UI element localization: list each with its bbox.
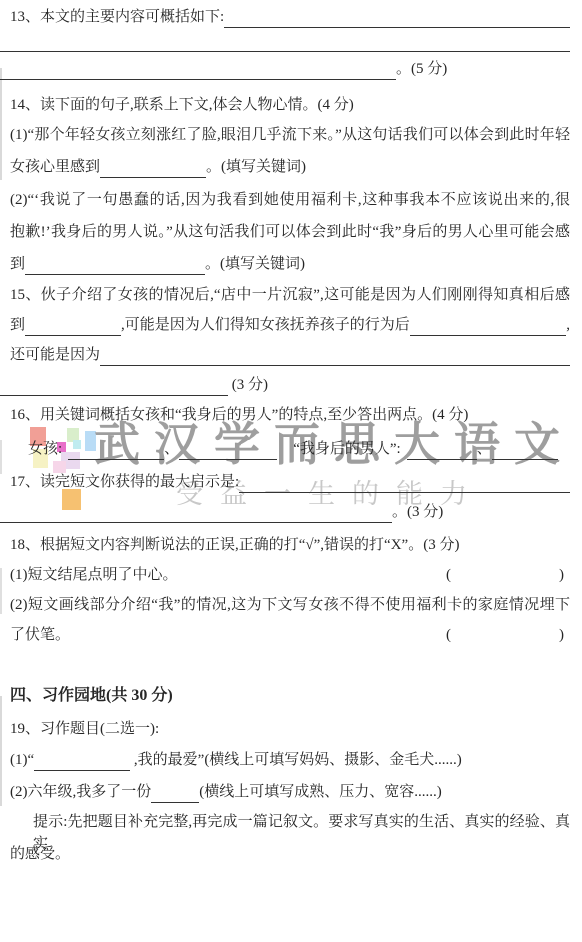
q18-2-line2-spacer	[564, 625, 570, 646]
q15-line3-answer-blank	[100, 344, 570, 366]
q16-answer-row-spacer	[277, 439, 293, 460]
q19-option2-text-0: (2)六年级,我多了一份	[10, 782, 151, 803]
q16-answer-row-text-0: 女孩:	[28, 439, 62, 460]
q15-line2-text-2: ,可能是因为人们得知女孩抚养孩子的行为后	[121, 315, 410, 336]
q15-line2: 到,可能是因为人们得知女孩抚养孩子的行为后,	[10, 314, 570, 336]
q18-1-spacer	[564, 565, 570, 586]
q15-line2-answer-blank	[410, 314, 566, 336]
section-4-header: 四、习作园地(共 30 分)	[10, 684, 570, 706]
q15-line4: (3 分)	[0, 374, 570, 396]
q15-line3: 还可能是因为	[10, 344, 570, 366]
q14-1-line2-answer-blank	[100, 156, 206, 178]
q14-1-line1-text: (1)“那个年轻女孩立刻涨红了脸,眼泪几乎流下来。”从这句话我们可以体会到此时年…	[10, 127, 570, 143]
q17-stem: 17、读完短文你获得的最大启示是:	[10, 471, 570, 493]
q15-line1-text: 15、伙子介绍了女孩的情况后,“店中一片沉寂”,这可能是因为人们刚刚得知真相后感	[10, 287, 570, 303]
q19-hint-line2-text-0: 的感受。	[10, 844, 70, 865]
q19-option1-text-0: (1)“	[10, 750, 34, 771]
q14-stem-text-0: 14、读下面的句子,联系上下文,体会人物心情。(4 分)	[10, 95, 354, 116]
q19-hint-line2: 的感受。	[10, 843, 570, 865]
q13-blank-line3-text-1: 。(5 分)	[396, 59, 447, 80]
q13-blank-line3-answer-blank	[0, 58, 396, 80]
q14-2-line1-text: (2)“‘我说了一句愚蠢的话,因为我看到她使用福利卡,这种事我本不应该说出来的,…	[10, 192, 570, 208]
q16-answer-row-text-9: 、	[477, 439, 492, 460]
q19-stem: 19、习作题目(二选一):	[10, 718, 570, 740]
q14-1-line2-text-0: 女孩心里感到	[10, 157, 100, 178]
q16-answer-row-answer-blank	[407, 438, 477, 460]
q14-2-line1: (2)“‘我说了一句愚蠢的话,因为我看到她使用福利卡,这种事我本不应该说出来的,…	[10, 189, 570, 211]
q18-1-spacer	[178, 565, 447, 586]
q16-answer-row-answer-blank	[68, 438, 164, 460]
q18-stem: 18、根据短文内容判断说法的正误,正确的打“√”,错误的打“X”。(3 分)	[10, 534, 570, 556]
q19-option2-text-2: (横线上可填写成熟、压力、宽容......)	[199, 782, 442, 803]
q17-stem-answer-blank	[239, 471, 570, 493]
q19-stem-text-0: 19、习作题目(二选一):	[10, 719, 159, 740]
q14-2-line3-text-2: 。(填写关键词)	[205, 254, 305, 275]
q18-2-line2-text-0: 了伏笔。	[10, 625, 70, 646]
q17-blank-line2-text-1: 。(3 分)	[392, 502, 443, 523]
q18-stem-text-0: 18、根据短文内容判断说法的正误,正确的打“√”,错误的打“X”。(3 分)	[10, 535, 459, 556]
q13-blank-line2	[0, 30, 570, 52]
q14-2-line3: 到。(填写关键词)	[10, 253, 570, 275]
q13-stem-text-0: 13、本文的主要内容可概括如下:	[10, 7, 224, 28]
q19-option1-answer-blank	[34, 749, 130, 771]
q16-answer-row: 女孩:、“我身后的男人”:、	[28, 438, 570, 460]
q13-stem: 13、本文的主要内容可概括如下:	[10, 6, 570, 28]
q19-option1-text-2: ,我的最爱”(横线上可填写妈妈、摄影、金毛犬......)	[130, 750, 462, 771]
q16-stem-text-0: 16、用关键词概括女孩和“我身后的男人”的特点,至少答出两点。(4 分)	[10, 405, 468, 426]
q18-2-line2-spacer	[451, 625, 559, 646]
q13-stem-answer-blank	[224, 6, 570, 28]
q14-1-line2-text-2: 。(填写关键词)	[206, 157, 306, 178]
q19-option2-answer-blank	[151, 781, 199, 803]
q14-2-line3-answer-blank	[25, 253, 205, 275]
exam-scan-page: 武汉学而思大语文 受益一生的能力 13、本文的主要内容可概括如下:。(5 分)1…	[0, 0, 582, 942]
q19-option2: (2)六年级,我多了一份(横线上可填写成熟、压力、宽容......)	[10, 781, 570, 803]
q17-stem-text-0: 17、读完短文你获得的最大启示是:	[10, 472, 239, 493]
q18-2-line1-text: (2)短文画线部分介绍“我”的情况,这为下文写女孩不得不使用福利卡的家庭情况埋下	[10, 597, 570, 613]
q18-1-spacer	[451, 565, 559, 586]
q13-blank-line3: 。(5 分)	[0, 58, 570, 80]
q17-blank-line2-answer-blank	[0, 501, 392, 523]
q18-2-line2-spacer	[70, 625, 446, 646]
section-4-header-text-0: 四、习作园地(共 30 分)	[10, 685, 173, 706]
q14-stem: 14、读下面的句子,联系上下文,体会人物心情。(4 分)	[10, 94, 570, 116]
q14-1-line2: 女孩心里感到。(填写关键词)	[10, 156, 570, 178]
q15-line2-text-4: ,	[566, 315, 570, 336]
q15-line3-text-0: 还可能是因为	[10, 345, 100, 366]
exam-content: 13、本文的主要内容可概括如下:。(5 分)14、读下面的句子,联系上下文,体会…	[0, 0, 582, 942]
q14-2-line2: 抱歉!’我身后的男人说。”从这句活我们可以体会到此时“我”身后的男人心里可能会感	[10, 221, 570, 243]
q16-answer-row-text-6: “我身后的男人”:	[293, 439, 400, 460]
q14-2-line2-text: 抱歉!’我身后的男人说。”从这句活我们可以体会到此时“我”身后的男人心里可能会感	[10, 224, 570, 240]
q16-answer-row-answer-blank	[492, 438, 558, 460]
q14-1-line1: (1)“那个年轻女孩立刻涨红了脸,眼泪几乎流下来。”从这句话我们可以体会到此时年…	[10, 124, 570, 146]
q16-answer-row-answer-blank	[179, 438, 277, 460]
q19-option1: (1)“ ,我的最爱”(横线上可填写妈妈、摄影、金毛犬......)	[10, 749, 570, 771]
q18-1-text-0: (1)短文结尾点明了中心。	[10, 565, 178, 586]
q18-2-line1: (2)短文画线部分介绍“我”的情况,这为下文写女孩不得不使用福利卡的家庭情况埋下	[10, 594, 570, 616]
q14-2-line3-text-0: 到	[10, 254, 25, 275]
q15-line1: 15、伙子介绍了女孩的情况后,“店中一片沉寂”,这可能是因为人们刚刚得知真相后感	[10, 284, 570, 306]
q15-line2-text-0: 到	[10, 315, 25, 336]
q19-hint-line1: 提示:先把题目补充完整,再完成一篇记叙文。要求写真实的生活、真实的经验、真实	[33, 811, 570, 833]
q15-line4-text-1: (3 分)	[228, 375, 268, 396]
q15-line2-answer-blank	[25, 314, 121, 336]
q15-line4-answer-blank	[0, 374, 228, 396]
q18-1: (1)短文结尾点明了中心。()	[10, 564, 570, 586]
q16-answer-row-text-3: 、	[164, 439, 179, 460]
q13-blank-line2-answer-blank	[0, 30, 570, 52]
q17-blank-line2: 。(3 分)	[0, 501, 570, 523]
q16-stem: 16、用关键词概括女孩和“我身后的男人”的特点,至少答出两点。(4 分)	[10, 404, 570, 426]
q18-2-line2: 了伏笔。()	[10, 624, 570, 646]
